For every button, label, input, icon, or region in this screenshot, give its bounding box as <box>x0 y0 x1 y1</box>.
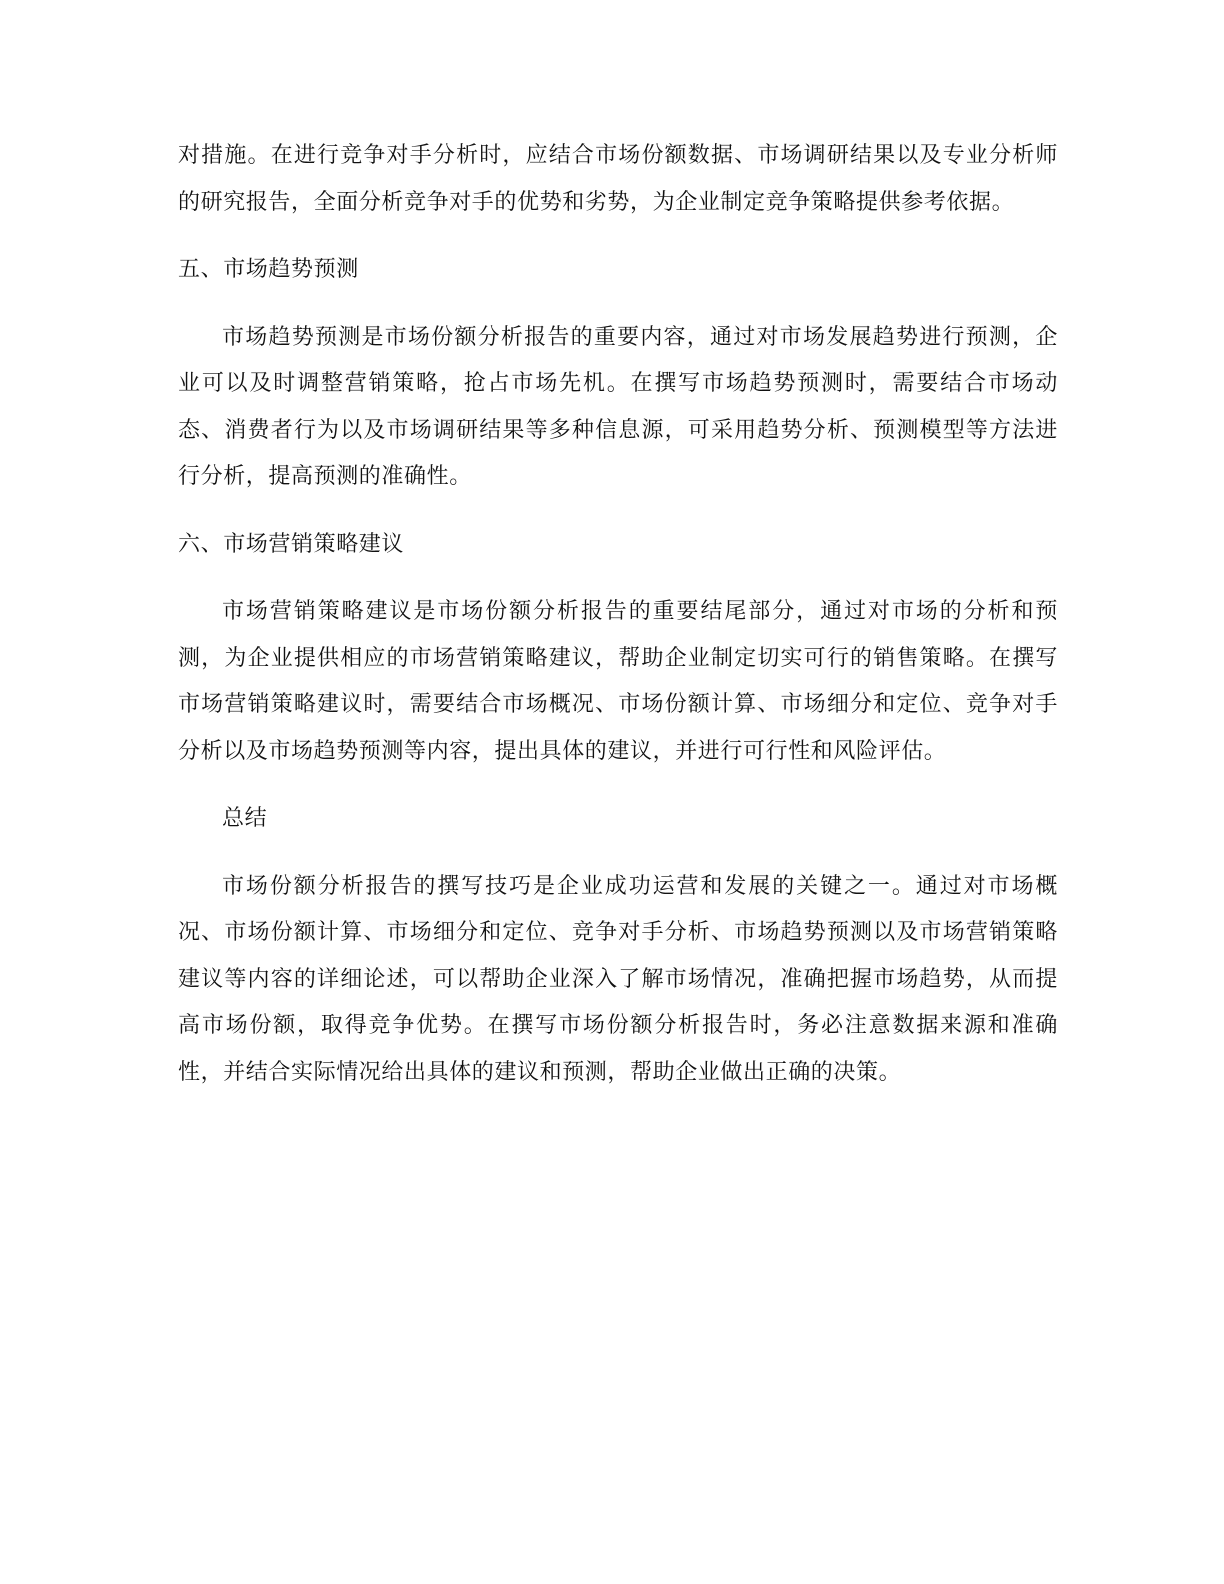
paragraph-market-trend-forecast: 市场趋势预测是市场份额分析报告的重要内容，通过对市场发展趋势进行预测，企业可以及… <box>178 315 1058 501</box>
paragraph-summary: 市场份额分析报告的撰写技巧是企业成功运营和发展的关键之一。通过对市场概况、市场份… <box>178 864 1058 1097</box>
document-page: 对措施。在进行竞争对手分析时，应结合市场份额数据、市场调研结果以及专业分析师的研… <box>178 133 1058 1096</box>
section-heading-summary: 总结 <box>178 796 1058 843</box>
paragraph-competitor-analysis-end: 对措施。在进行竞争对手分析时，应结合市场份额数据、市场调研结果以及专业分析师的研… <box>178 133 1058 226</box>
paragraph-marketing-strategy: 市场营销策略建议是市场份额分析报告的重要结尾部分，通过对市场的分析和预测，为企业… <box>178 589 1058 775</box>
section-heading-market-trend-forecast: 五、市场趋势预测 <box>178 247 1058 294</box>
section-heading-marketing-strategy: 六、市场营销策略建议 <box>178 522 1058 569</box>
